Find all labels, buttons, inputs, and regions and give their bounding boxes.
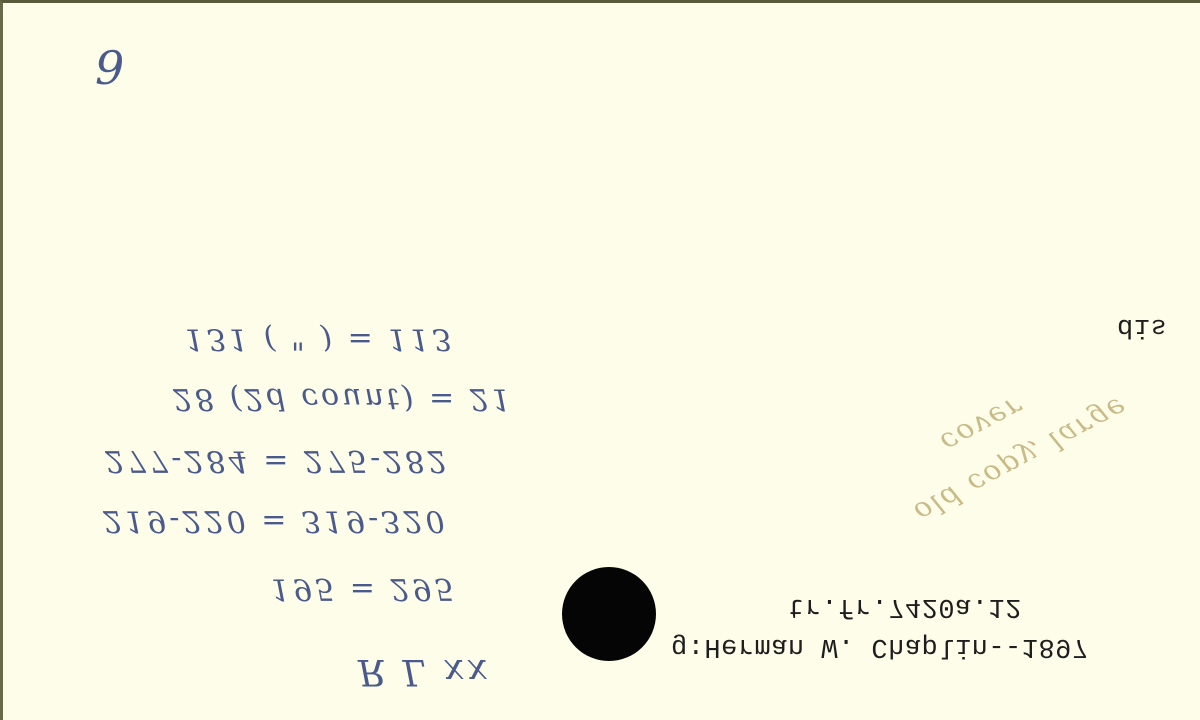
handwritten-line-3: 277-284 = 275-282 xyxy=(105,443,450,478)
handwritten-line-5: 131 ( " ) = 113 xyxy=(185,321,455,356)
handwritten-line-1: 195 = 295 xyxy=(271,571,457,606)
catalog-card: 9 g:Herman W. Chaplin--1897 tr.fr.7420a.… xyxy=(0,0,1200,720)
typed-line-2: tr.fr.7420a.12 xyxy=(788,591,1022,621)
typed-line-1: g:Herman W. Chaplin--1897 xyxy=(671,631,1089,661)
punch-hole-dot xyxy=(562,567,656,661)
typed-side-label: dis xyxy=(1117,311,1167,341)
handwritten-line-2: 219-220 = 319-320 xyxy=(103,503,448,538)
handwritten-code: R L xx xyxy=(358,651,491,692)
handwritten-line-4: 28 (2d count) = 21 xyxy=(173,381,514,416)
corner-number: 9 xyxy=(95,41,127,95)
